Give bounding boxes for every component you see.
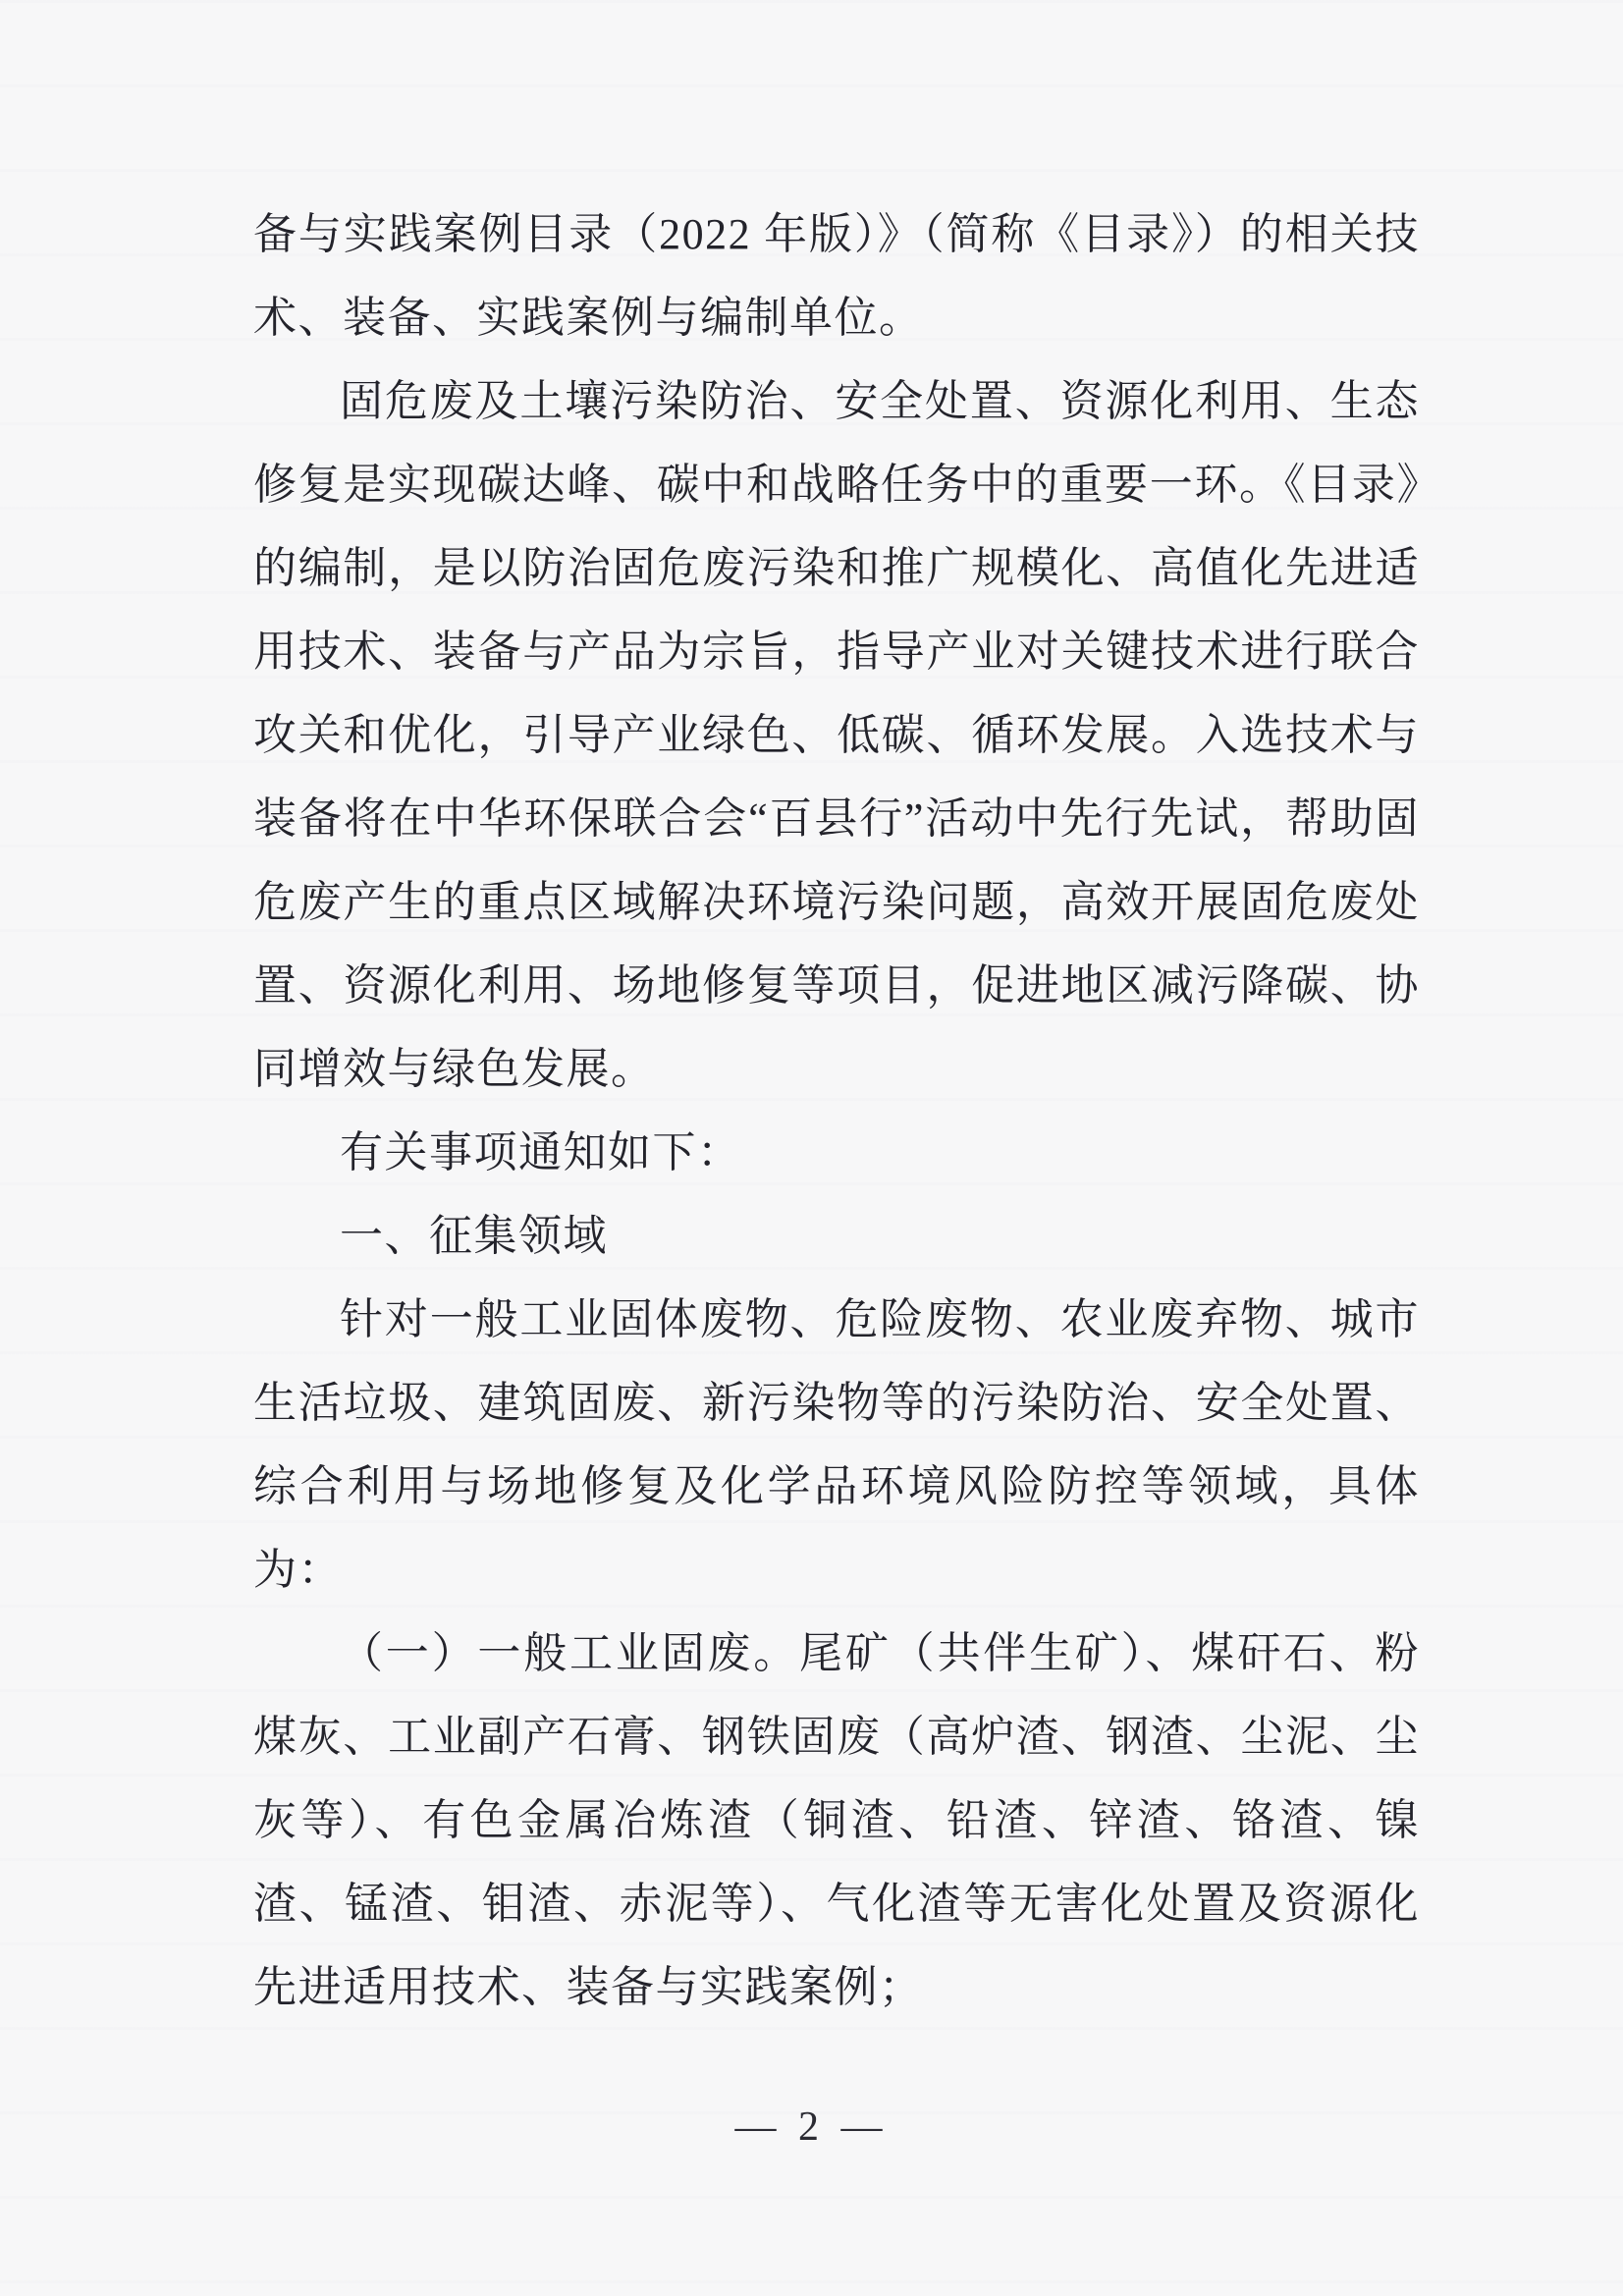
section-heading-collection-scope: 一、征集领域	[253, 1194, 1420, 1278]
document-page-body: 备与实践案例目录（2022 年版）》（简称《目录》）的相关技术、装备、实践案例与…	[253, 192, 1420, 2029]
paragraph-item-general-industrial-solid-waste: （一）一般工业固废。尾矿（共伴生矿）、煤矸石、粉煤灰、工业副产石膏、钢铁固废（高…	[253, 1612, 1420, 2029]
paragraph-notice-intro: 有关事项通知如下：	[253, 1111, 1420, 1194]
page-number: — 2 —	[0, 2104, 1623, 2151]
paragraph-scope-overview: 针对一般工业固体废物、危险废物、农业废弃物、城市生活垃圾、建筑固废、新污染物等的…	[253, 1278, 1420, 1612]
paragraph-background: 固危废及土壤污染防治、安全处置、资源化利用、生态修复是实现碳达峰、碳中和战略任务…	[253, 359, 1420, 1111]
paragraph-continuation: 备与实践案例目录（2022 年版）》（简称《目录》）的相关技术、装备、实践案例与…	[253, 192, 1420, 359]
